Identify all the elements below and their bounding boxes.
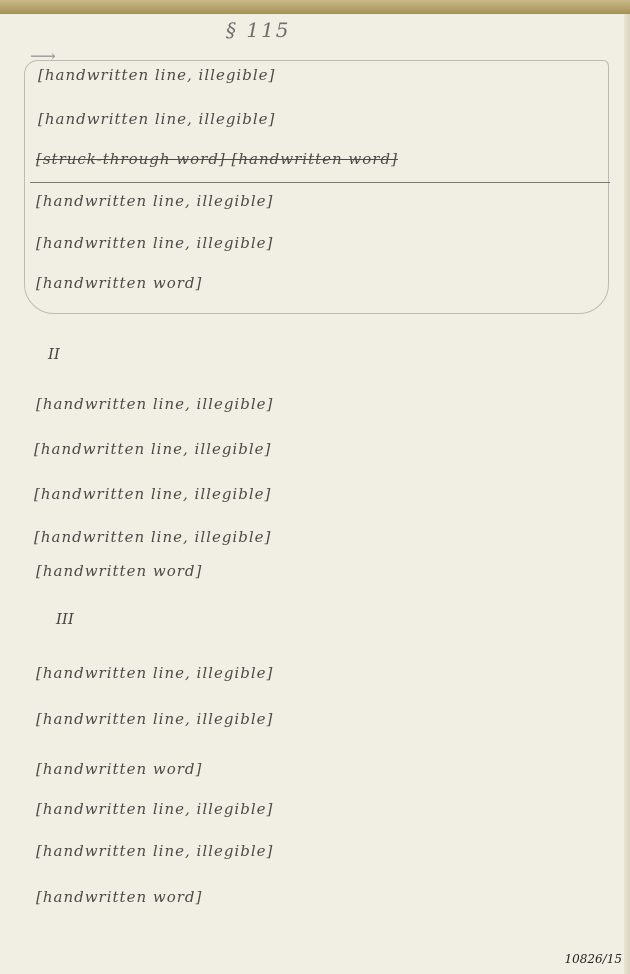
handwritten-line: [handwritten line, illegible] (36, 842, 273, 860)
handwritten-line: [handwritten word] (36, 274, 202, 292)
binding-edge (0, 0, 630, 14)
handwritten-line: [handwritten line, illegible] (38, 66, 275, 84)
catalog-number: 10826/15 (565, 952, 623, 966)
handwritten-line: [handwritten line, illegible] (36, 664, 273, 682)
section-heading: § 115 (226, 18, 291, 42)
page-edge (624, 14, 630, 974)
handwritten-line: [handwritten line, illegible] (38, 110, 275, 128)
handwritten-line: [handwritten line, illegible] (34, 485, 271, 503)
section-marker: III (56, 610, 74, 628)
handwritten-line: [struck-through word] [handwritten word] (36, 150, 398, 168)
section-marker: II (48, 345, 60, 363)
handwritten-line: [handwritten line, illegible] (36, 234, 273, 252)
handwritten-line: [handwritten line, illegible] (36, 800, 273, 818)
handwritten-line: [handwritten line, illegible] (36, 192, 273, 210)
handwritten-line: [handwritten word] (36, 760, 202, 778)
notebook-page: § 115 ⟶ [handwritten line, illegible] [h… (0, 0, 630, 974)
handwritten-line: [handwritten word] (36, 562, 202, 580)
handwritten-line: [handwritten line, illegible] (34, 528, 271, 546)
handwritten-line: [handwritten line, illegible] (36, 395, 273, 413)
handwritten-line: [handwritten line, illegible] (34, 440, 271, 458)
divider-line (30, 182, 610, 183)
handwritten-line: [handwritten word] (36, 888, 202, 906)
handwritten-line: [handwritten line, illegible] (36, 710, 273, 728)
